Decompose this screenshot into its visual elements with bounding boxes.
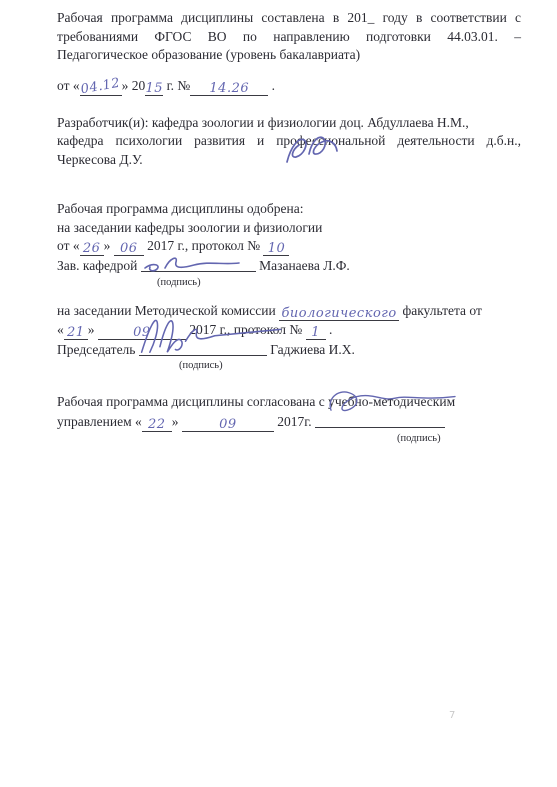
agreement-block: Рабочая программа дисциплины согласована… [57, 393, 521, 445]
developers-line-2: кафедра психологии развития и профессион… [57, 132, 521, 151]
approved-protocol-blank: 10 [263, 240, 289, 256]
method-day-blank: 21 [64, 324, 88, 340]
order-date-line: от «04.12» 2015 г. №14.26 . [57, 75, 521, 97]
agreement-signature-caption: (подпись) [397, 432, 521, 445]
method-faculty-blank: биологического [279, 305, 399, 321]
method-signature-caption: (подпись) [179, 359, 521, 372]
intro-line-2: требованиями ФГОС ВО по направлению подг… [57, 28, 521, 47]
approved-block: Рабочая программа дисциплины одобрена: н… [57, 200, 521, 289]
approved-head-label: Зав. кафедрой [57, 258, 137, 273]
method-commission-block: на заседании Методической комиссии биоло… [57, 302, 521, 373]
approved-date-line: от «26» 06 2017 г., протокол № 10 [57, 237, 521, 256]
intro-paragraph: Рабочая программа дисциплины составлена … [57, 9, 521, 65]
approved-month-handwritten: 06 [120, 241, 138, 256]
method-date-p1: « [57, 322, 64, 337]
approved-day-handwritten: 26 [83, 241, 101, 256]
approved-date-p2: » [104, 238, 111, 253]
head-of-department-signature-icon [139, 251, 249, 275]
method-day-handwritten: 21 [67, 325, 85, 340]
method-month-blank: 09 [98, 324, 186, 340]
method-line-1: на заседании Методической комиссии биоло… [57, 302, 521, 321]
approved-signature-caption: (подпись) [157, 276, 521, 289]
method-chair-name: Гаджиева И.Х. [270, 342, 355, 357]
intro-line-3: Педагогическое образование (уровень бака… [57, 46, 521, 65]
order-after-year: г. № [163, 78, 190, 93]
method-line1-p2: факультета от [402, 303, 481, 318]
method-date-p3: 2017 г., протокол № [189, 322, 302, 337]
order-prefix: от « [57, 78, 80, 93]
approved-date-p1: от « [57, 238, 80, 253]
order-mid: » 20 [122, 78, 146, 93]
method-protocol-handwritten: 1 [311, 325, 320, 340]
agreement-month-handwritten: 09 [219, 417, 237, 432]
order-suffix: . [272, 78, 275, 93]
method-chair-signature-blank [139, 340, 267, 356]
method-date-p2: » [88, 322, 95, 337]
order-date-handwritten: 04.12 [79, 75, 121, 97]
agreement-day-blank: 22 [142, 416, 172, 432]
method-faculty-handwritten: биологического [281, 306, 396, 321]
method-line1-p1: на заседании Методической комиссии [57, 303, 276, 318]
agreement-line-1: Рабочая программа дисциплины согласована… [57, 393, 521, 412]
order-year-blank: 15 [145, 80, 163, 96]
order-number-handwritten: 14.26 [209, 81, 249, 96]
method-chair-label: Председатель [57, 342, 135, 357]
approved-day-blank: 26 [80, 240, 104, 256]
method-month-handwritten: 09 [133, 325, 151, 340]
agreement-day-handwritten: 22 [148, 417, 166, 432]
scanned-document-page: Рабочая программа дисциплины составлена … [0, 0, 557, 787]
intro-line-1: Рабочая программа дисциплины составлена … [57, 9, 521, 28]
agreement-signature-blank [315, 412, 445, 428]
method-chair-line: Председатель Гаджиева И.Х. [57, 340, 521, 360]
agreement-month-blank: 09 [182, 416, 274, 432]
approved-heading: Рабочая программа дисциплины одобрена: [57, 200, 521, 219]
developers-line-1: Разработчик(и): кафедра зоологии и физио… [57, 114, 521, 133]
agreement-line2-p2: » [172, 414, 179, 429]
approved-head-name: Мазанаева Л.Ф. [259, 258, 350, 273]
method-date-line: «21» 09 2017 г., протокол № 1 . [57, 321, 521, 340]
approved-head-signature-blank [141, 256, 256, 272]
method-date-p4: . [329, 322, 332, 337]
agreement-line-2: управлением «22» 09 2017г. [57, 412, 521, 432]
method-protocol-blank: 1 [306, 324, 326, 340]
developers-paragraph: Разработчик(и): кафедра зоологии и физио… [57, 114, 521, 170]
agreement-line2-p3: 2017г. [277, 414, 311, 429]
approved-department-line: на заседании кафедры зоологии и физиолог… [57, 219, 521, 238]
order-year-handwritten: 15 [145, 81, 163, 96]
scan-artifact-mark: 7 [449, 710, 455, 721]
agreement-line2-p1: управлением « [57, 414, 142, 429]
order-number-blank: 14.26 [190, 80, 268, 96]
approved-head-line: Зав. кафедрой Мазанаева Л.Ф. [57, 256, 521, 276]
approved-protocol-handwritten: 10 [268, 241, 286, 256]
order-date-blank: 04.12 [80, 80, 122, 96]
developers-line-3: Черкесова Д.У. [57, 151, 521, 170]
